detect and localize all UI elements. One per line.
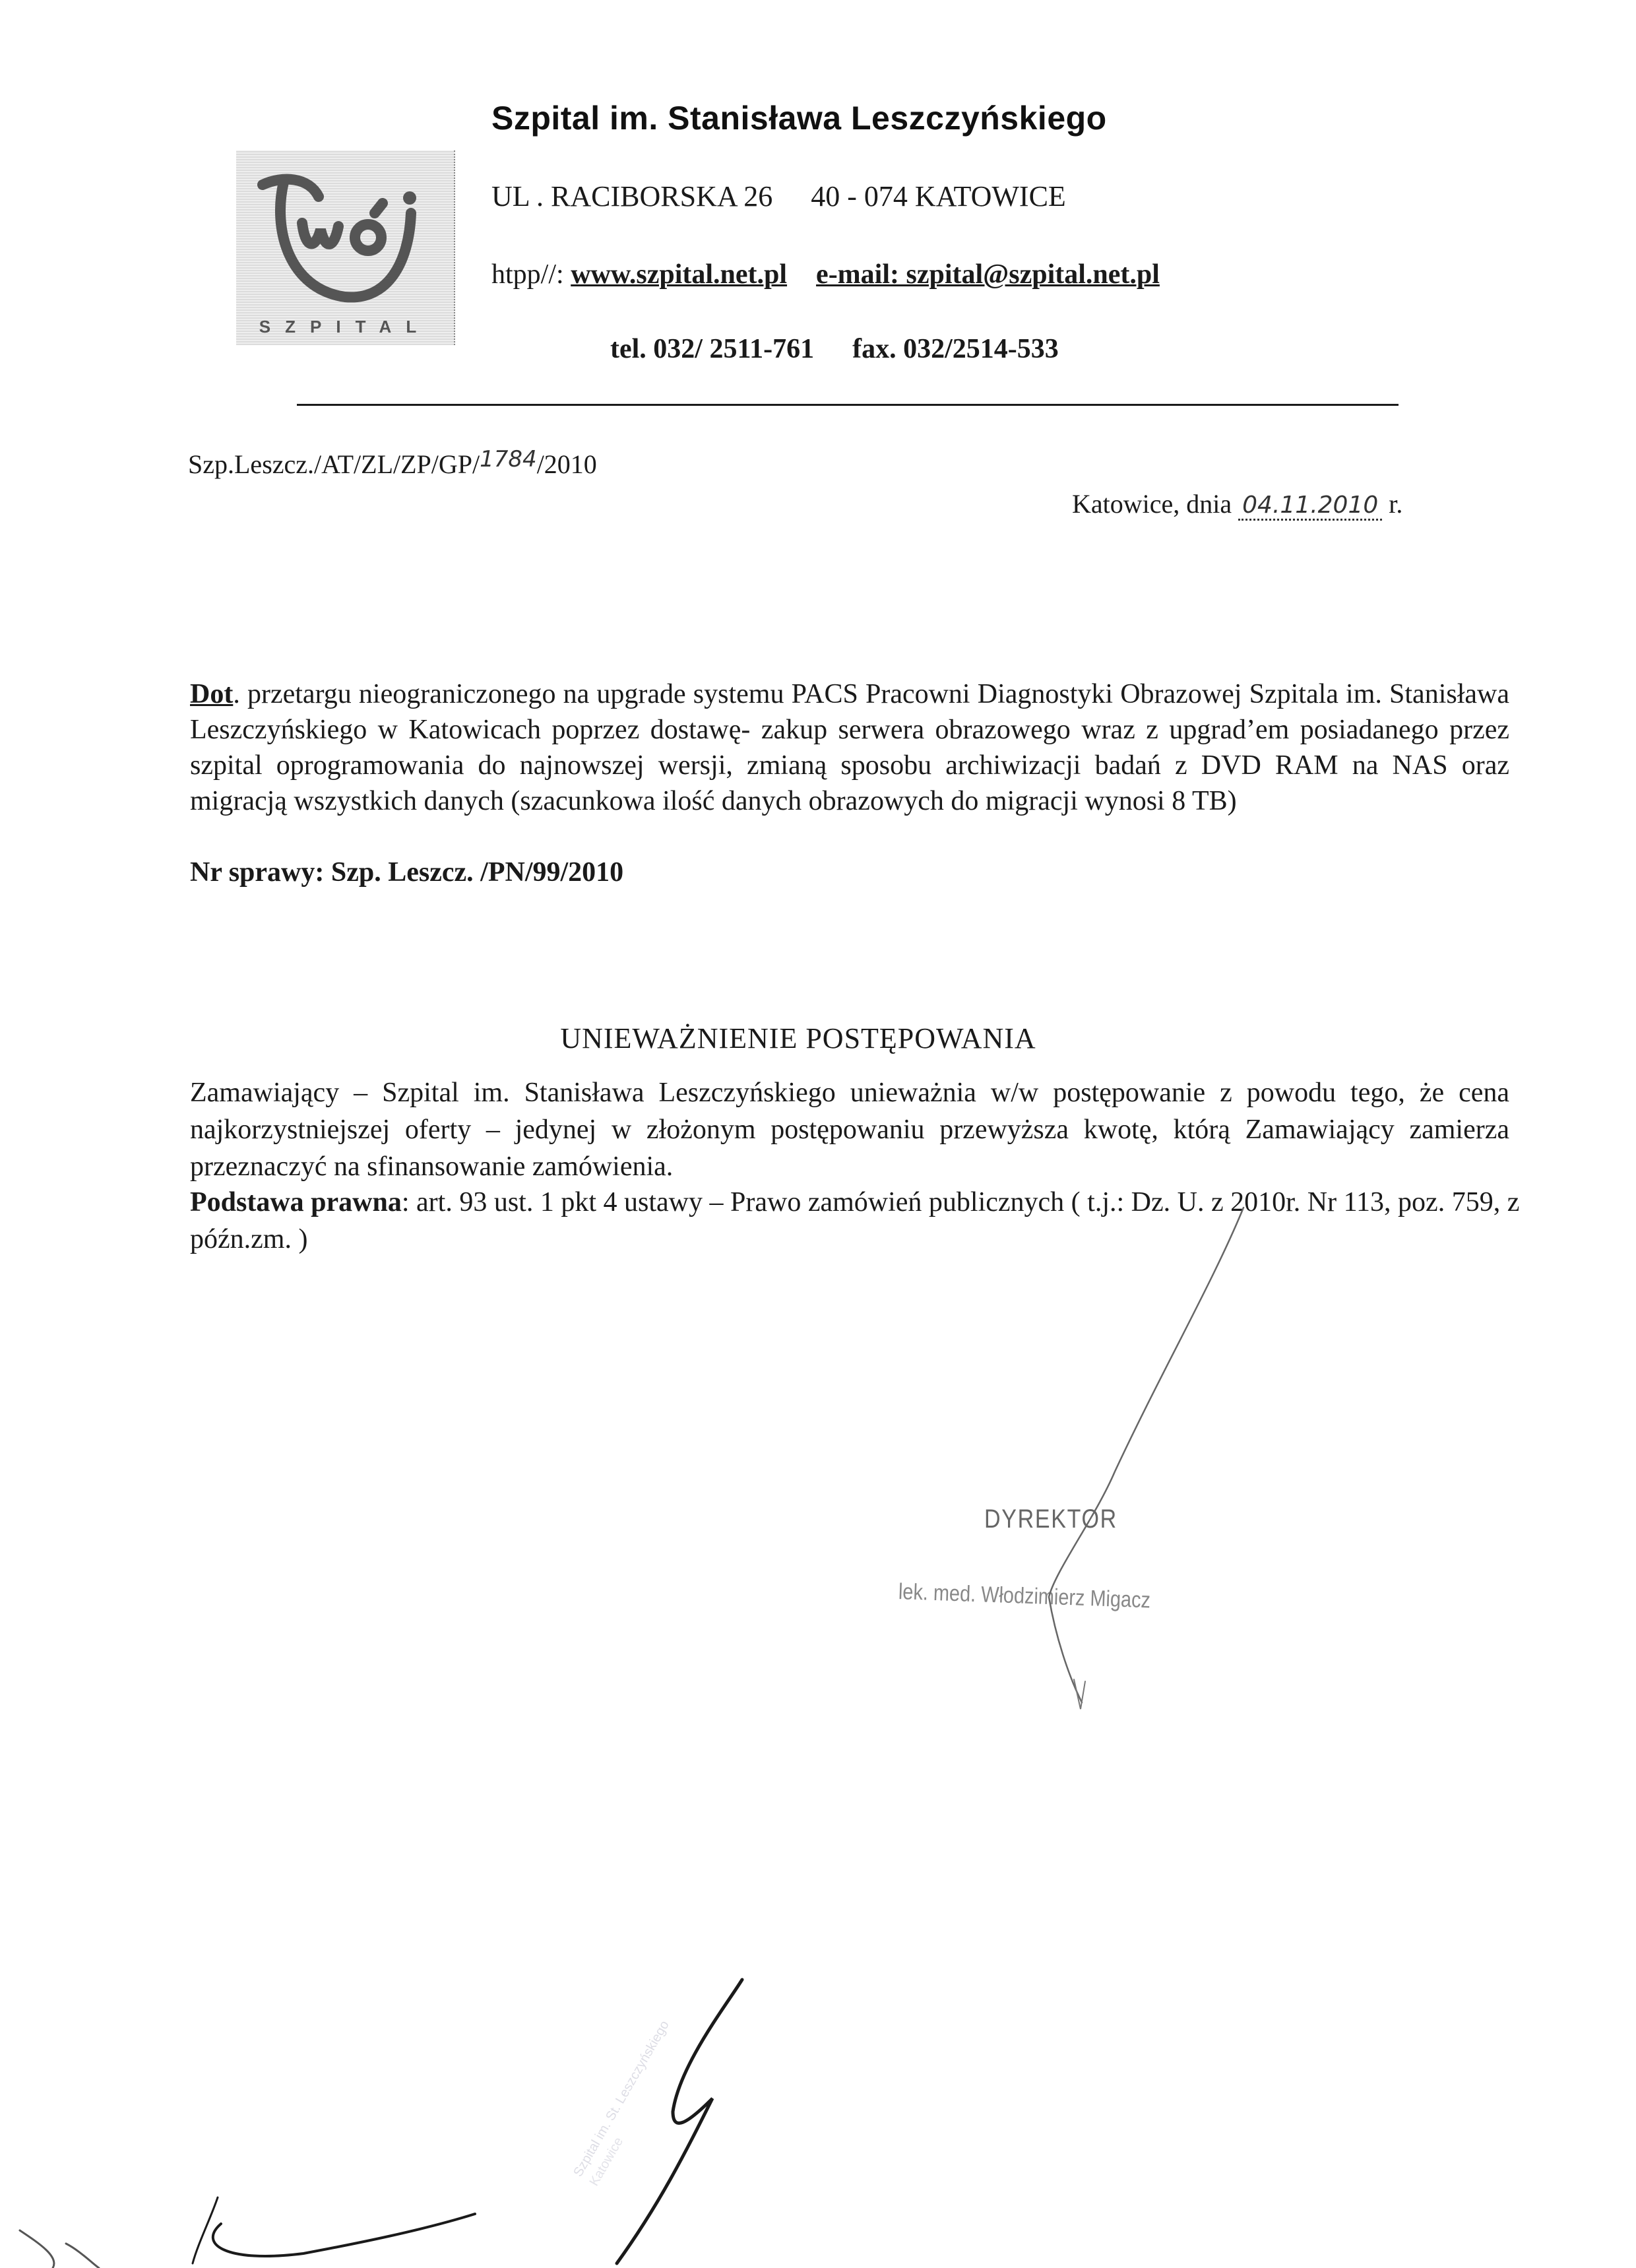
postal-city: 40 - 074 KATOWICE bbox=[811, 180, 1066, 212]
fax-number: fax. 032/2514-533 bbox=[852, 334, 1059, 364]
svg-text:Katowice: Katowice bbox=[587, 2135, 627, 2188]
handwritten-date: 04.11.2010 bbox=[1238, 492, 1382, 521]
legal-basis: Podstawa prawna: art. 93 ust. 1 pkt 4 us… bbox=[190, 1184, 1523, 1258]
email-link[interactable]: e-mail: szpital@szpital.net.pl bbox=[816, 259, 1160, 290]
handwritten-reference: 1784 bbox=[480, 446, 537, 472]
date-suffix: r. bbox=[1389, 489, 1402, 519]
subject-paragraph: Dot. przetargu nieograniczonego na upgra… bbox=[190, 676, 1509, 819]
reference-prefix: Szp.Leszcz./AT/ZL/ZP/GP/ bbox=[188, 449, 480, 479]
bottom-initial-one bbox=[193, 2197, 218, 2263]
twoj-smile-logo-icon bbox=[236, 150, 454, 345]
phone-number: tel. 032/ 2511-761 bbox=[610, 334, 814, 364]
bottom-initials-stroke bbox=[213, 2214, 475, 2256]
subject-text: . przetargu nieograniczonego na upgrade … bbox=[190, 679, 1509, 816]
date-line: Katowice, dnia 04.11.2010 r. bbox=[1072, 488, 1402, 519]
signature-name-stamp: lek. med. Włodzimierz Migacz bbox=[898, 1579, 1150, 1613]
hospital-logo: SZPITAL bbox=[236, 150, 455, 345]
address-line: UL . RACIBORSKA 2640 - 074 KATOWICE bbox=[491, 179, 1066, 213]
bottom-left-scribble bbox=[20, 2230, 99, 2268]
case-number: Nr sprawy: Szp. Leszcz. /PN/99/2010 bbox=[190, 857, 623, 888]
subject-label: Dot bbox=[190, 679, 233, 709]
svg-text:Szpital im. St. Leszczyńskiego: Szpital im. St. Leszczyńskiego bbox=[571, 2019, 672, 2180]
web-label: htpp//: bbox=[491, 259, 564, 290]
body-paragraph-text: Zamawiający – Szpital im. Stanisława Les… bbox=[190, 1074, 1509, 1185]
date-prefix: Katowice, dnia bbox=[1072, 489, 1232, 519]
contact-phone-fax: tel. 032/ 2511-761fax. 032/2514-533 bbox=[610, 333, 1059, 365]
legal-basis-label: Podstawa prawna bbox=[190, 1187, 402, 1217]
logo-caption: SZPITAL bbox=[243, 317, 447, 337]
hospital-name: Szpital im. Stanisława Leszczyńskiego bbox=[491, 99, 1107, 137]
street-address: UL . RACIBORSKA 26 bbox=[491, 180, 772, 212]
signature-title-stamp: DYREKTOR bbox=[984, 1505, 1117, 1534]
website-link[interactable]: www.szpital.net.pl bbox=[571, 259, 787, 290]
director-signature-stroke bbox=[1049, 1208, 1243, 1702]
faint-stamp-text: Szpital im. St. Leszczyńskiego Katowice bbox=[571, 2019, 688, 2189]
bottom-signature-loop bbox=[617, 1980, 742, 2263]
contact-web-email: htpp//: www.szpital.net.ple-mail: szpita… bbox=[491, 259, 1160, 290]
reference-number: Szp.Leszcz./AT/ZL/ZP/GP/1784/2010 bbox=[188, 446, 597, 480]
body-paragraph: Zamawiający – Szpital im. Stanisława Les… bbox=[190, 1074, 1509, 1185]
document-title: UNIEWAŻNIENIE POSTĘPOWANIA bbox=[0, 1021, 1636, 1055]
director-signature-tick bbox=[1074, 1679, 1085, 1709]
reference-suffix: /2010 bbox=[537, 449, 597, 479]
document-title-text: UNIEWAŻNIENIE POSTĘPOWANIA bbox=[560, 1022, 1036, 1054]
header-divider bbox=[297, 404, 1399, 406]
